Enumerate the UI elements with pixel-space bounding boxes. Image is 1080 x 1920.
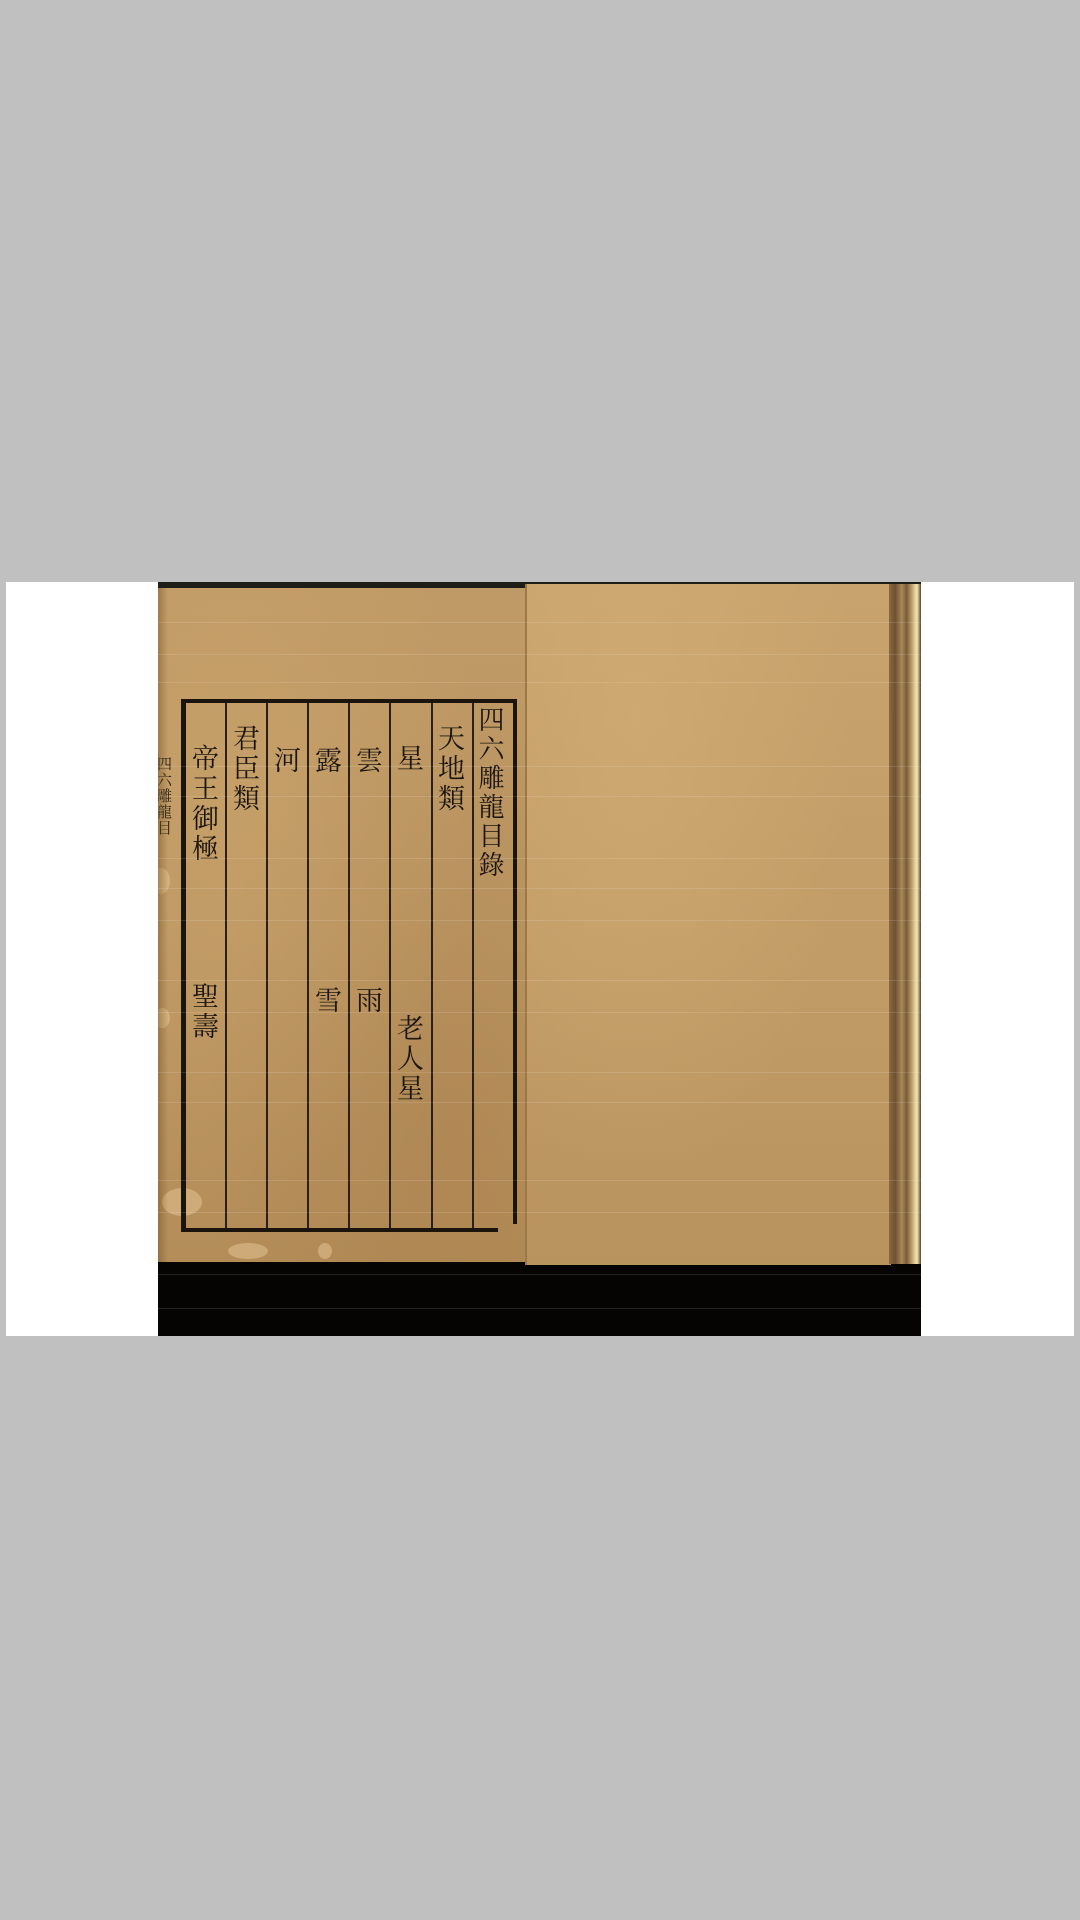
scan-artifact-line	[158, 1102, 921, 1103]
grid-frame-left	[181, 699, 186, 1232]
scan-artifact-line	[158, 796, 921, 797]
paper-stain	[318, 1243, 332, 1259]
scan-artifact-line	[158, 858, 921, 859]
scan-artifact-line	[158, 766, 921, 767]
column-rule	[266, 703, 268, 1228]
scan-artifact-line	[158, 1274, 921, 1275]
book-page-edges	[889, 584, 921, 1264]
scan-artifact-line	[158, 682, 921, 683]
scan-backing	[158, 1265, 921, 1336]
right-page-blank	[525, 584, 891, 1268]
column-rule	[225, 703, 227, 1228]
paper-stain	[228, 1243, 268, 1259]
scan-artifact-line	[158, 622, 921, 623]
title-column: 四六雕龍目錄	[476, 706, 502, 880]
category-heading-heaven-earth: 天地類	[435, 724, 462, 814]
entry-stars: 星	[394, 744, 421, 774]
category-heading-ruler-minister: 君臣類	[230, 724, 257, 814]
scan-artifact-line	[158, 920, 921, 921]
book-scan-image: 四六雕龍目 四六雕龍目錄 天地類 星 老人星 雲 雨 露 雪 河 君臣類 帝王御…	[158, 582, 921, 1336]
scan-artifact-line	[158, 1180, 921, 1181]
column-rule	[307, 703, 309, 1228]
entry-clouds: 雲	[353, 746, 380, 776]
column-rule	[389, 703, 391, 1228]
scan-artifact-line	[158, 1308, 921, 1309]
paper-stain	[158, 868, 170, 894]
scan-artifact-line	[158, 1012, 921, 1013]
grid-frame-bottom	[182, 1228, 498, 1232]
scan-artifact-line	[158, 654, 921, 655]
grid-frame-right	[513, 699, 517, 1224]
paper-stain	[158, 1008, 170, 1028]
scan-artifact-line	[158, 888, 921, 889]
entry-canopus: 老人星	[394, 1014, 421, 1104]
column-rule	[348, 703, 350, 1228]
entry-emperor-accession: 帝王御極	[189, 744, 216, 864]
entry-dew: 露	[312, 746, 339, 776]
left-page: 四六雕龍目 四六雕龍目錄 天地類 星 老人星 雲 雨 露 雪 河 君臣類 帝王御…	[158, 588, 525, 1262]
scan-artifact-line	[158, 1212, 921, 1213]
scan-artifact-line	[158, 980, 921, 981]
scan-artifact-line	[158, 1072, 921, 1073]
entry-river: 河	[271, 746, 298, 776]
